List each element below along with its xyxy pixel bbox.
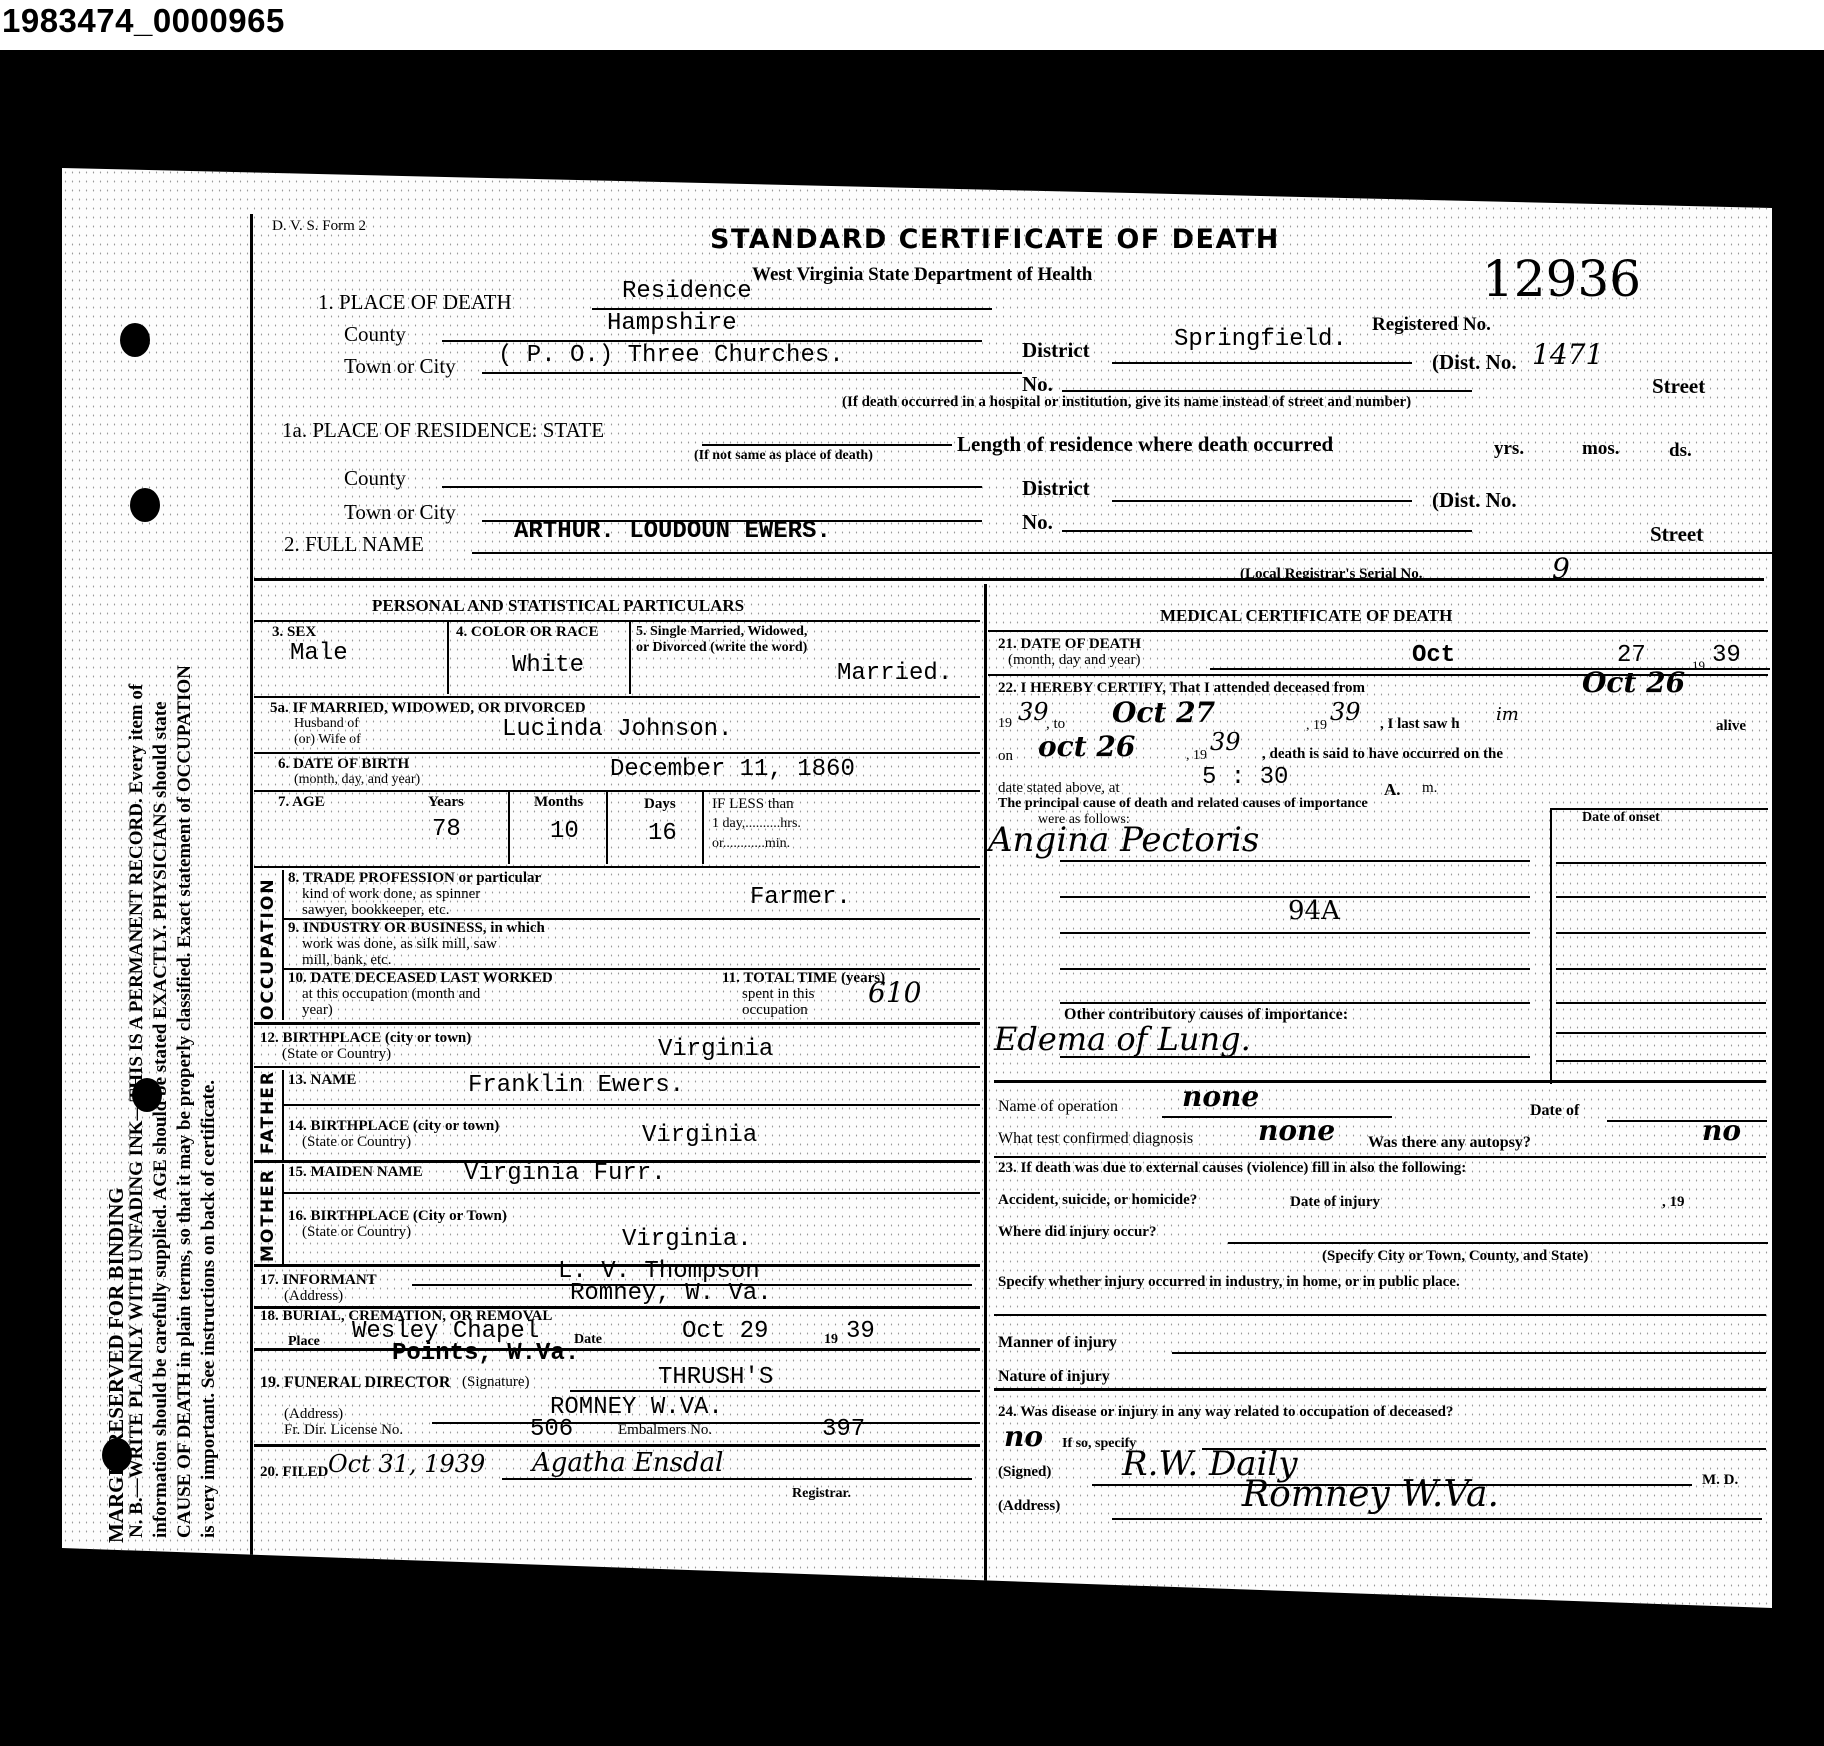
district-label: District — [1022, 338, 1090, 363]
medical-heading: MEDICAL CERTIFICATE OF DEATH — [1160, 606, 1452, 626]
age-label: 7. AGE — [278, 794, 325, 811]
death-certificate: MARGIN RESERVED FOR BINDING N. B.—WRITE … — [62, 168, 1772, 1668]
related-occupation-label: 24. Was disease or injury in any way rel… — [998, 1404, 1453, 1421]
residence-street-label: Street — [1650, 522, 1703, 547]
margin-instruction-3: CAUSE OF DEATH in plain terms, so that i… — [174, 665, 196, 1538]
principal-cause-label-1: The principal cause of death and related… — [998, 796, 1368, 812]
from-year-value[interactable]: 39 — [1018, 698, 1049, 726]
dob-sub: (month, day, and year) — [294, 772, 420, 788]
mother-name-label: 15. MAIDEN NAME — [288, 1164, 423, 1181]
days-label: Days — [644, 796, 676, 813]
operation-value[interactable]: none — [1182, 1080, 1259, 1113]
marital-value[interactable]: Married. — [837, 660, 952, 687]
father-name-label: 13. NAME — [288, 1072, 356, 1089]
funeral-address-value[interactable]: ROMNEY W.VA. — [550, 1394, 723, 1421]
dob-label: 6. DATE OF BIRTH — [278, 756, 409, 773]
funeral-director-value[interactable]: THRUSH'S — [658, 1364, 773, 1391]
punch-hole-top — [120, 323, 150, 357]
trade-label-1: 8. TRADE PROFESSION or particular — [288, 870, 541, 887]
dist-no-label: (Dist. No. — [1432, 350, 1517, 375]
form-left-border — [250, 214, 253, 1594]
trade-label-2: kind of work done, as spinner — [302, 886, 480, 903]
where-injury-label: Where did injury occur? — [998, 1224, 1156, 1241]
residence-town-label: Town or City — [344, 500, 456, 525]
death-said-label: , death is said to have occurred on the — [1262, 746, 1503, 763]
county-value[interactable]: Hampshire — [607, 310, 737, 337]
dod-day-value[interactable]: 27 — [1617, 642, 1646, 669]
less-than-label: IF LESS than — [712, 796, 794, 813]
mother-birthplace-value[interactable]: Virginia. — [622, 1226, 752, 1253]
autopsy-label: Was there any autopsy? — [1368, 1134, 1531, 1152]
punch-hole-lower — [132, 1078, 162, 1112]
dod-year-prefix: 19 — [1692, 658, 1705, 674]
informant-label: 17. INFORMANT — [260, 1272, 377, 1289]
embalmer-value[interactable]: 397 — [822, 1416, 865, 1443]
last-worked-label-3: year) — [302, 1002, 333, 1019]
where-injury-note: (Specify City or Town, County, and State… — [1322, 1248, 1588, 1265]
alive-label: alive — [1716, 718, 1746, 735]
total-time-value[interactable]: 610 — [868, 976, 921, 1009]
m-label: m. — [1422, 780, 1437, 797]
image-id-bar: 1983474_0000965 — [0, 0, 1824, 50]
dod-year-value[interactable]: 39 — [1712, 642, 1741, 669]
mother-side-label: MOTHER — [258, 1168, 278, 1262]
full-name-value[interactable]: ARTHUR. LOUDOUN EWERS. — [514, 518, 831, 545]
mother-name-value[interactable]: Virginia Furr. — [464, 1160, 666, 1187]
residence-county-label: County — [344, 466, 406, 491]
date-stated-label: date stated above, at — [998, 780, 1120, 797]
funeral-signature-label: (Signature) — [462, 1374, 529, 1391]
physician-address-label: (Address) — [998, 1498, 1060, 1515]
spouse-sub2: (or) Wife of — [294, 732, 361, 748]
total-time-label-1: 11. TOTAL TIME (years) — [722, 970, 885, 987]
image-id-label: 1983474_0000965 — [2, 2, 285, 40]
district-value[interactable]: Springfield. — [1174, 326, 1347, 353]
industry-label-3: mill, bank, etc. — [302, 952, 392, 969]
specify-place-label: Specify whether injury occurred in indus… — [998, 1274, 1460, 1291]
hospital-note: (If death occurred in a hospital or inst… — [842, 394, 1411, 411]
burial-year-prefix: 19 — [824, 1332, 838, 1348]
age-days-value[interactable]: 16 — [648, 820, 677, 847]
certificate-title: STANDARD CERTIFICATE OF DEATH — [710, 224, 1280, 255]
operation-date-label: Date of — [1530, 1102, 1579, 1120]
burial-place-2-value[interactable]: Points, W.Va. — [392, 1340, 579, 1367]
place-of-death-label: 1. PLACE OF DEATH — [318, 290, 512, 315]
operation-label: Name of operation — [998, 1098, 1118, 1116]
dist-no-value[interactable]: 1471 — [1532, 338, 1603, 371]
informant-address-label: (Address) — [284, 1288, 343, 1305]
contributory-value[interactable]: Edema of Lung. — [994, 1020, 1251, 1058]
accident-label: Accident, suicide, or homicide? — [998, 1192, 1197, 1209]
external-causes-label: 23. If death was due to external causes … — [998, 1160, 1466, 1177]
to-year-prefix: , 19 — [1306, 718, 1327, 734]
on-year-value[interactable]: 39 — [1210, 728, 1241, 756]
last-saw-date-value[interactable]: oct 26 — [1038, 730, 1135, 763]
occupation-side-label: OCCUPATION — [258, 877, 278, 1020]
form-code: D. V. S. Form 2 — [272, 218, 366, 235]
county-label: County — [344, 322, 406, 347]
marital-label-2: or Divorced (write the word) — [636, 640, 807, 656]
dod-month-value[interactable]: Oct — [1412, 642, 1455, 669]
street-label: Street — [1652, 374, 1705, 399]
father-birthplace-value[interactable]: Virginia — [642, 1122, 757, 1149]
attended-to-value[interactable]: Oct 27 — [1112, 696, 1215, 729]
registered-no-label: Registered No. — [1372, 314, 1491, 336]
test-label: What test confirmed diagnosis — [998, 1130, 1193, 1148]
sex-label: 3. SEX — [272, 624, 316, 641]
less-hrs-label: 1 day,..........hrs. — [712, 816, 801, 832]
on-label: on — [998, 748, 1013, 765]
informant-address-value[interactable]: Romney, W. Va. — [570, 1280, 772, 1307]
ds-label: ds. — [1669, 440, 1692, 462]
trade-label-3: sawyer, bookkeeper, etc. — [302, 902, 449, 919]
father-side-label: FATHER — [258, 1070, 278, 1154]
margin-instruction-4: is very important. See instructions on b… — [198, 1080, 220, 1538]
mother-birthplace-label-2: (State or Country) — [302, 1224, 411, 1241]
punch-hole-middle — [130, 488, 160, 522]
ampm-value[interactable]: A. — [1384, 780, 1401, 800]
father-name-value[interactable]: Franklin Ewers. — [468, 1072, 684, 1099]
full-name-label: 2. FULL NAME — [284, 532, 424, 557]
dod-label: 21. DATE OF DEATH — [998, 636, 1141, 653]
spouse-sub1: Husband of — [294, 716, 359, 732]
last-worked-label-2: at this occupation (month and — [302, 986, 480, 1003]
birthplace-label-1: 12. BIRTHPLACE (city or town) — [260, 1030, 471, 1047]
birthplace-value[interactable]: Virginia — [658, 1036, 773, 1063]
filed-date-value[interactable]: Oct 31, 1939 — [328, 1450, 485, 1478]
industry-label-1: 9. INDUSTRY OR BUSINESS, in which — [288, 920, 545, 937]
last-worked-label-1: 10. DATE DECEASED LAST WORKED — [288, 970, 553, 987]
trade-value[interactable]: Farmer. — [750, 884, 851, 911]
nature-label: Nature of injury — [998, 1368, 1110, 1386]
months-label: Months — [534, 794, 583, 811]
burial-year-value[interactable]: 39 — [846, 1318, 875, 1345]
autopsy-value[interactable]: no — [1702, 1114, 1741, 1147]
registrar-label: Registrar. — [792, 1486, 851, 1502]
funeral-director-label: 19. FUNERAL DIRECTOR — [260, 1374, 450, 1392]
marital-label-1: 5. Single Married, Widowed, — [636, 624, 807, 640]
race-value[interactable]: White — [512, 652, 584, 679]
mother-birthplace-label-1: 16. BIRTHPLACE (City or Town) — [288, 1208, 507, 1225]
physician-address-value[interactable]: Romney W.Va. — [1242, 1474, 1499, 1515]
related-occupation-value[interactable]: no — [1004, 1420, 1043, 1453]
age-years-value[interactable]: 78 — [432, 816, 461, 843]
license-label: Fr. Dir. License No. — [284, 1422, 403, 1439]
residence-note: (If not same as place of death) — [694, 448, 873, 464]
residence-district-label: District — [1022, 476, 1090, 501]
injury-year-prefix: , 19 — [1662, 1194, 1685, 1211]
race-label: 4. COLOR OR RACE — [456, 624, 599, 641]
certificate-subtitle: West Virginia State Department of Health — [752, 264, 1092, 286]
less-min-label: or............min. — [712, 836, 790, 852]
principal-cause-value[interactable]: Angina Pectoris — [988, 820, 1259, 860]
registrar-signature[interactable]: Agatha Ensdal — [532, 1448, 723, 1478]
length-of-residence-label: Length of residence where death occurred — [957, 432, 1333, 457]
onset-label: Date of onset — [1582, 810, 1660, 826]
filed-label: 20. FILED — [260, 1464, 328, 1481]
column-divider — [984, 584, 987, 1596]
md-label: M. D. — [1702, 1472, 1738, 1489]
dod-sub: (month, day and year) — [1008, 652, 1140, 669]
years-label: Years — [428, 794, 464, 811]
age-months-value[interactable]: 10 — [550, 818, 579, 845]
manner-label: Manner of injury — [998, 1334, 1117, 1352]
from-year-prefix: 19 — [998, 716, 1012, 732]
funeral-address-label: (Address) — [284, 1406, 343, 1423]
father-birthplace-label-2: (State or Country) — [302, 1134, 411, 1151]
signed-label: (Signed) — [998, 1464, 1051, 1481]
certify-label: 22. I HEREBY CERTIFY, That I attended de… — [998, 680, 1365, 697]
margin-instruction-2: information should be carefully supplied… — [150, 701, 172, 1538]
embalmer-label: Embalmers No. — [618, 1422, 712, 1439]
total-time-label-3: occupation — [742, 1002, 808, 1019]
personal-heading: PERSONAL AND STATISTICAL PARTICULARS — [372, 596, 744, 616]
residence-state-label: 1a. PLACE OF RESIDENCE: STATE — [282, 418, 604, 443]
injury-date-label: Date of injury — [1290, 1194, 1380, 1211]
punch-hole-bottom — [102, 1438, 132, 1472]
burial-date-value[interactable]: Oct 29 — [682, 1318, 768, 1345]
on-year-prefix: , 19 — [1186, 748, 1207, 764]
spouse-value[interactable]: Lucinda Johnson. — [502, 716, 732, 743]
to-year-value[interactable]: 39 — [1330, 698, 1361, 726]
town-label: Town or City — [344, 354, 456, 379]
yrs-label: yrs. — [1494, 438, 1524, 460]
time-of-death-value[interactable]: 5 : 30 — [1202, 764, 1288, 791]
birthplace-label-2: (State or Country) — [282, 1046, 391, 1063]
last-saw-pronoun[interactable]: im — [1496, 704, 1519, 725]
town-value[interactable]: ( P. O.) Three Churches. — [498, 342, 844, 369]
total-time-label-2: spent in this — [742, 986, 815, 1003]
last-saw-label: , I last saw h — [1380, 716, 1460, 733]
industry-label-2: work was done, as silk mill, saw — [302, 936, 497, 953]
test-value[interactable]: none — [1258, 1114, 1335, 1147]
license-value[interactable]: 506 — [530, 1416, 573, 1443]
residence-street-no-label: No. — [1022, 510, 1053, 535]
father-birthplace-label-1: 14. BIRTHPLACE (city or town) — [288, 1118, 499, 1135]
place-of-death-value[interactable]: Residence — [622, 278, 752, 305]
dob-value[interactable]: December 11, 1860 — [610, 756, 855, 783]
registered-number: 12936 — [1482, 250, 1641, 308]
sex-value[interactable]: Male — [290, 640, 348, 667]
residence-dist-no-label: (Dist. No. — [1432, 488, 1517, 513]
cause-code-value[interactable]: 94A — [1288, 896, 1340, 926]
spouse-label: 5a. IF MARRIED, WIDOWED, OR DIVORCED — [270, 700, 586, 717]
attended-from-value[interactable]: Oct 26 — [1582, 666, 1685, 699]
mos-label: mos. — [1582, 438, 1619, 460]
